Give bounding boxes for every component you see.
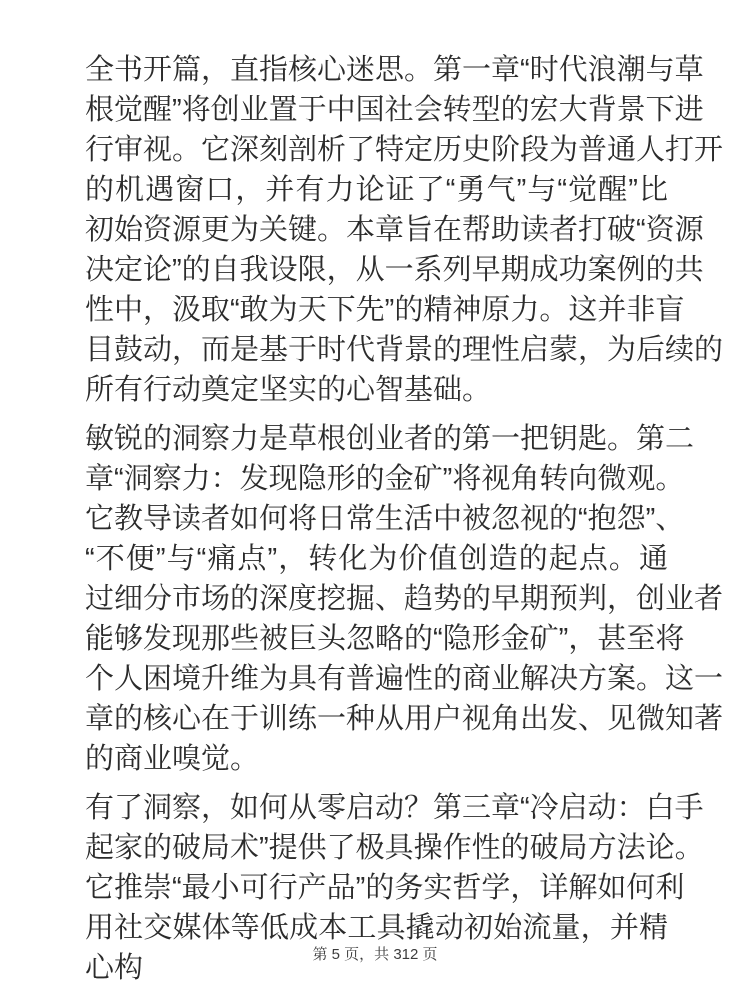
text-line: 章的核心在于训练一种从用户视角出发、见微知著 [85, 699, 668, 739]
text-line: 的商业嗅觉。 [85, 739, 668, 779]
text-line: 它推崇“最小可行产品”的务实哲学，详解如何利 [85, 868, 668, 908]
text-line: 目鼓动，而是基于时代背景的理性启蒙，为后续的 [85, 330, 668, 370]
paragraph-1: 全书开篇，直指核心迷思。第一章“时代浪潮与草 根觉醒”将创业置于中国社会转型的宏… [85, 50, 668, 410]
text-line: 行审视。它深刻剖析了特定历史阶段为普通人打开 [85, 130, 668, 170]
paragraph-2: 敏锐的洞察力是草根创业者的第一把钥匙。第二 章“洞察力：发现隐形的金矿”将视角转… [85, 419, 668, 779]
text-line: 个人困境升维为具有普遍性的商业解决方案。这一 [85, 659, 668, 699]
text-line: 章“洞察力：发现隐形的金矿”将视角转向微观。 [85, 459, 668, 499]
document-body: 全书开篇，直指核心迷思。第一章“时代浪潮与草 根觉醒”将创业置于中国社会转型的宏… [85, 50, 668, 997]
text-line: 全书开篇，直指核心迷思。第一章“时代浪潮与草 [85, 50, 668, 90]
text-line: 根觉醒”将创业置于中国社会转型的宏大背景下进 [85, 90, 668, 130]
text-line: 的机遇窗口，并有力论证了“勇气”与“觉醒”比 [85, 170, 668, 210]
text-line: 它教导读者如何将日常生活中被忽视的“抱怨”、 [85, 499, 668, 539]
text-line: “不便”与“痛点”，转化为价值创造的起点。通 [85, 539, 668, 579]
text-line: 性中，汲取“敢为天下先”的精神原力。这并非盲 [85, 290, 668, 330]
text-line: 所有行动奠定坚实的心智基础。 [85, 370, 668, 410]
page-number: 第 5 页，共 312 页 [0, 946, 750, 964]
document-page: 全书开篇，直指核心迷思。第一章“时代浪潮与草 根觉醒”将创业置于中国社会转型的宏… [0, 0, 750, 1000]
text-line: 决定论”的自我设限，从一系列早期成功案例的共 [85, 250, 668, 290]
text-line: 过细分市场的深度挖掘、趋势的早期预判，创业者 [85, 579, 668, 619]
text-line: 敏锐的洞察力是草根创业者的第一把钥匙。第二 [85, 419, 668, 459]
text-line: 能够发现那些被巨头忽略的“隐形金矿”，甚至将 [85, 619, 668, 659]
text-line: 有了洞察，如何从零启动？第三章“冷启动：白手 [85, 788, 668, 828]
text-line: 初始资源更为关键。本章旨在帮助读者打破“资源 [85, 210, 668, 250]
text-line: 起家的破局术”提供了极具操作性的破局方法论。 [85, 828, 668, 868]
